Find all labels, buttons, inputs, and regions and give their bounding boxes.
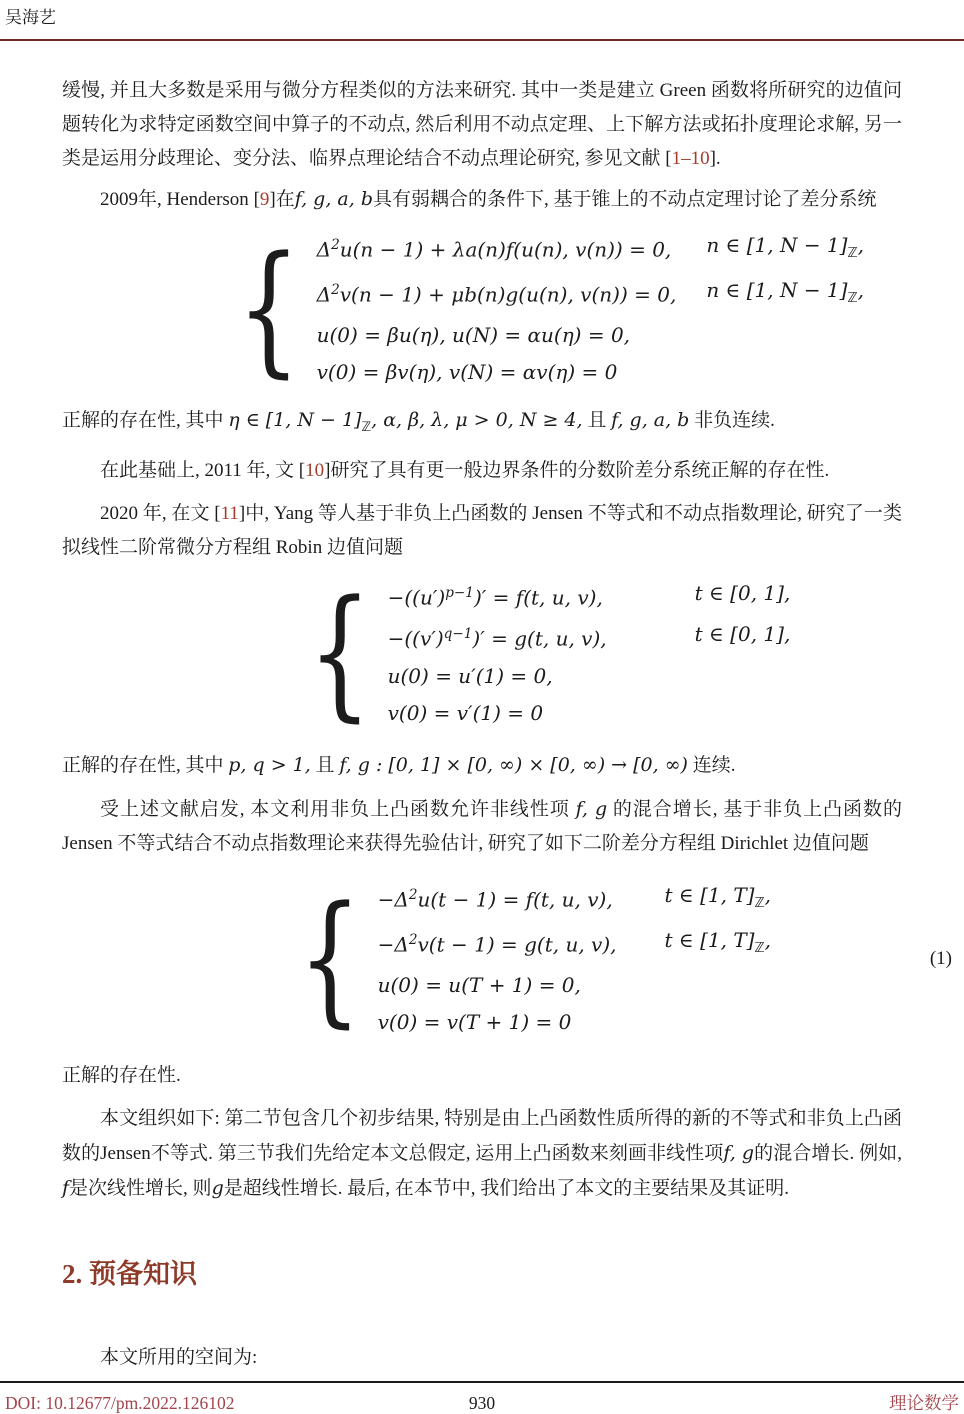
journal-name: 理论数学 xyxy=(641,1390,959,1414)
equation-lhs: −((v′)q−1)′ = g(t, u, v), xyxy=(388,616,607,658)
paragraph-conditions-1: 正解的存在性, 其中 η ∈ [1, N − 1]ℤ, α, β, λ, μ >… xyxy=(62,403,902,445)
equation-lhs: Δ2u(n − 1) + λa(n)f(u(n), v(n)) = 0, xyxy=(317,227,677,272)
paragraph-2011: 在此基础上, 2011 年, 文 [10]研究了具有更一般边界条件的分数阶差分系… xyxy=(62,454,902,488)
equation-lhs: v(0) = v(T + 1) = 0 xyxy=(378,1004,617,1041)
footer-rule xyxy=(0,1381,964,1383)
running-header: 吴海艺 xyxy=(5,3,56,28)
text-run: ]. xyxy=(710,148,721,169)
equation-robin-bvp: {−((u′)p−1)′ = f(t, u, v),t ∈ [0, 1],−((… xyxy=(308,575,902,732)
inline-math: f, g, a, b xyxy=(611,409,689,431)
text-run: 是次线性增长, 则 xyxy=(69,1178,212,1199)
citation-link[interactable]: 9 xyxy=(260,189,270,210)
equation-rhs: t ∈ [0, 1], xyxy=(695,616,791,658)
equation-lhs: v(0) = v′(1) = 0 xyxy=(388,695,607,732)
citation-link[interactable]: 11 xyxy=(221,503,239,524)
text-run: 正解的存在性, 其中 xyxy=(62,755,228,776)
equation-difference-system: {Δ2u(n − 1) + λa(n)f(u(n), v(n)) = 0,n ∈… xyxy=(237,227,902,391)
author-name: 吴海艺 xyxy=(5,8,56,27)
equation-rhs xyxy=(665,967,771,1004)
paragraph-yang-2020: 2020 年, 在文 [11]中, Yang 等人基于非负上凸函数的 Jense… xyxy=(62,497,902,565)
equation-rhs: t ∈ [0, 1], xyxy=(695,575,791,617)
text-run: 连续. xyxy=(688,755,736,776)
text-run: 的混合增长. 例如, xyxy=(754,1143,902,1164)
equation-rhs: n ∈ [1, N − 1]ℤ, xyxy=(706,272,864,317)
equation-lhs: u(0) = βu(η), u(N) = αu(η) = 0, xyxy=(317,317,677,354)
text-run: 非负连续. xyxy=(689,410,775,431)
equation-number: (1) xyxy=(930,948,952,970)
inline-math: g xyxy=(212,1177,224,1199)
inline-math: f, g xyxy=(576,798,608,820)
equation-lhs: v(0) = βv(η), v(N) = αv(η) = 0 xyxy=(317,354,677,391)
left-brace: { xyxy=(237,238,301,380)
paragraph-existence: 正解的存在性. xyxy=(62,1059,902,1093)
equation-1-row: {−Δ2u(t − 1) = f(t, u, v),t ∈ [1, T]ℤ,−Δ… xyxy=(62,877,902,1041)
text-run: 且 xyxy=(311,755,340,776)
inline-math: p, q > 1, xyxy=(228,754,311,776)
citation-link[interactable]: 1–10 xyxy=(672,148,710,169)
equation-dirichlet-bvp: {−Δ2u(t − 1) = f(t, u, v),t ∈ [1, T]ℤ,−Δ… xyxy=(298,877,902,1041)
inline-math: f, g : [0, 1] × [0, ∞) × [0, ∞) → [0, ∞) xyxy=(339,754,688,776)
footer-row: DOI: 10.12677/pm.2022.126102 930 理论数学 xyxy=(0,1390,964,1414)
paragraph-henderson-2009: 2009年, Henderson [9]在f, g, a, b具有弱耦合的条件下… xyxy=(62,182,902,217)
text-run: 正解的存在性, 其中 xyxy=(62,410,228,431)
equation-lines: Δ2u(n − 1) + λa(n)f(u(n), v(n)) = 0,n ∈ … xyxy=(317,227,864,391)
text-run: 在 xyxy=(276,189,295,210)
text-run: 是超线性增长. 最后, 在本节中, 我们给出了本文的主要结果及其证明. xyxy=(224,1178,789,1199)
equation-lhs: −((u′)p−1)′ = f(t, u, v), xyxy=(388,575,607,617)
paragraph-spaces: 本文所用的空间为: xyxy=(62,1341,902,1375)
paragraph-organization: 本文组织如下: 第二节包含几个初步结果, 特别是由上凸函数性质所得的新的不等式和… xyxy=(62,1102,902,1206)
text-run: 本文所用的空间为: xyxy=(100,1347,257,1368)
doi-link[interactable]: DOI: 10.12677/pm.2022.126102 xyxy=(5,1393,323,1414)
page-number: 930 xyxy=(323,1393,641,1414)
equation-rhs: t ∈ [1, T]ℤ, xyxy=(665,922,771,967)
text-run: 正解的存在性. xyxy=(62,1065,181,1086)
text-run: 在此基础上, 2011 年, 文 xyxy=(100,460,299,481)
text-run: 受上述文献启发, 本文利用非负上凸函数允许非线性项 xyxy=(100,799,576,820)
equation-rhs xyxy=(706,354,864,391)
section-heading-preliminaries: 2. 预备知识 xyxy=(62,1252,902,1291)
page-footer: DOI: 10.12677/pm.2022.126102 930 理论数学 xyxy=(0,1381,964,1414)
page-content: 缓慢, 并且大多数是采用与微分方程类似的方法来研究. 其中一类是建立 Green… xyxy=(0,41,964,1375)
equation-rhs: t ∈ [1, T]ℤ, xyxy=(665,877,771,922)
text-run: 研究了具有更一般边界条件的分数阶差分系统正解的存在性. xyxy=(330,460,829,481)
equation-lhs: u(0) = u(T + 1) = 0, xyxy=(378,967,617,1004)
citation-link[interactable]: 10 xyxy=(305,460,324,481)
text-run: 缓慢, 并且大多数是采用与微分方程类似的方法来研究. 其中一类是建立 Green… xyxy=(62,80,902,169)
equation-lhs: u(0) = u′(1) = 0, xyxy=(388,658,607,695)
paragraph-conditions-2: 正解的存在性, 其中 p, q > 1, 且 f, g : [0, 1] × [… xyxy=(62,748,902,783)
paragraph-intro: 缓慢, 并且大多数是采用与微分方程类似的方法来研究. 其中一类是建立 Green… xyxy=(62,74,902,176)
equation-rhs xyxy=(706,317,864,354)
text-run: 2009年, Henderson xyxy=(100,189,254,210)
text-run: 且 xyxy=(583,410,612,431)
equation-rhs xyxy=(665,1004,771,1041)
inline-math: f, g, a, b xyxy=(295,188,373,210)
inline-math: f, g xyxy=(723,1142,754,1164)
left-brace: { xyxy=(308,582,372,724)
equation-rhs xyxy=(695,695,791,732)
equation-lines: −Δ2u(t − 1) = f(t, u, v),t ∈ [1, T]ℤ,−Δ2… xyxy=(378,877,771,1041)
equation-lhs: −Δ2u(t − 1) = f(t, u, v), xyxy=(378,877,617,922)
inline-math: η ∈ [1, N − 1]ℤ, α, β, λ, μ > 0, N ≥ 4, xyxy=(228,409,582,431)
text-run: 具有弱耦合的条件下, 基于锥上的不动点定理讨论了差分系统 xyxy=(373,189,877,210)
equation-rhs: n ∈ [1, N − 1]ℤ, xyxy=(706,227,864,272)
equation-rhs xyxy=(695,658,791,695)
equation-lhs: −Δ2v(t − 1) = g(t, u, v), xyxy=(378,922,617,967)
text-run: 2020 年, 在文 xyxy=(100,503,214,524)
inline-math: f xyxy=(62,1177,69,1199)
paragraph-motivation: 受上述文献启发, 本文利用非负上凸函数允许非线性项 f, g 的混合增长, 基于… xyxy=(62,792,902,861)
equation-lines: −((u′)p−1)′ = f(t, u, v),t ∈ [0, 1],−((v… xyxy=(388,575,791,732)
left-brace: { xyxy=(298,888,362,1030)
equation-lhs: Δ2v(n − 1) + μb(n)g(u(n), v(n)) = 0, xyxy=(317,272,677,317)
